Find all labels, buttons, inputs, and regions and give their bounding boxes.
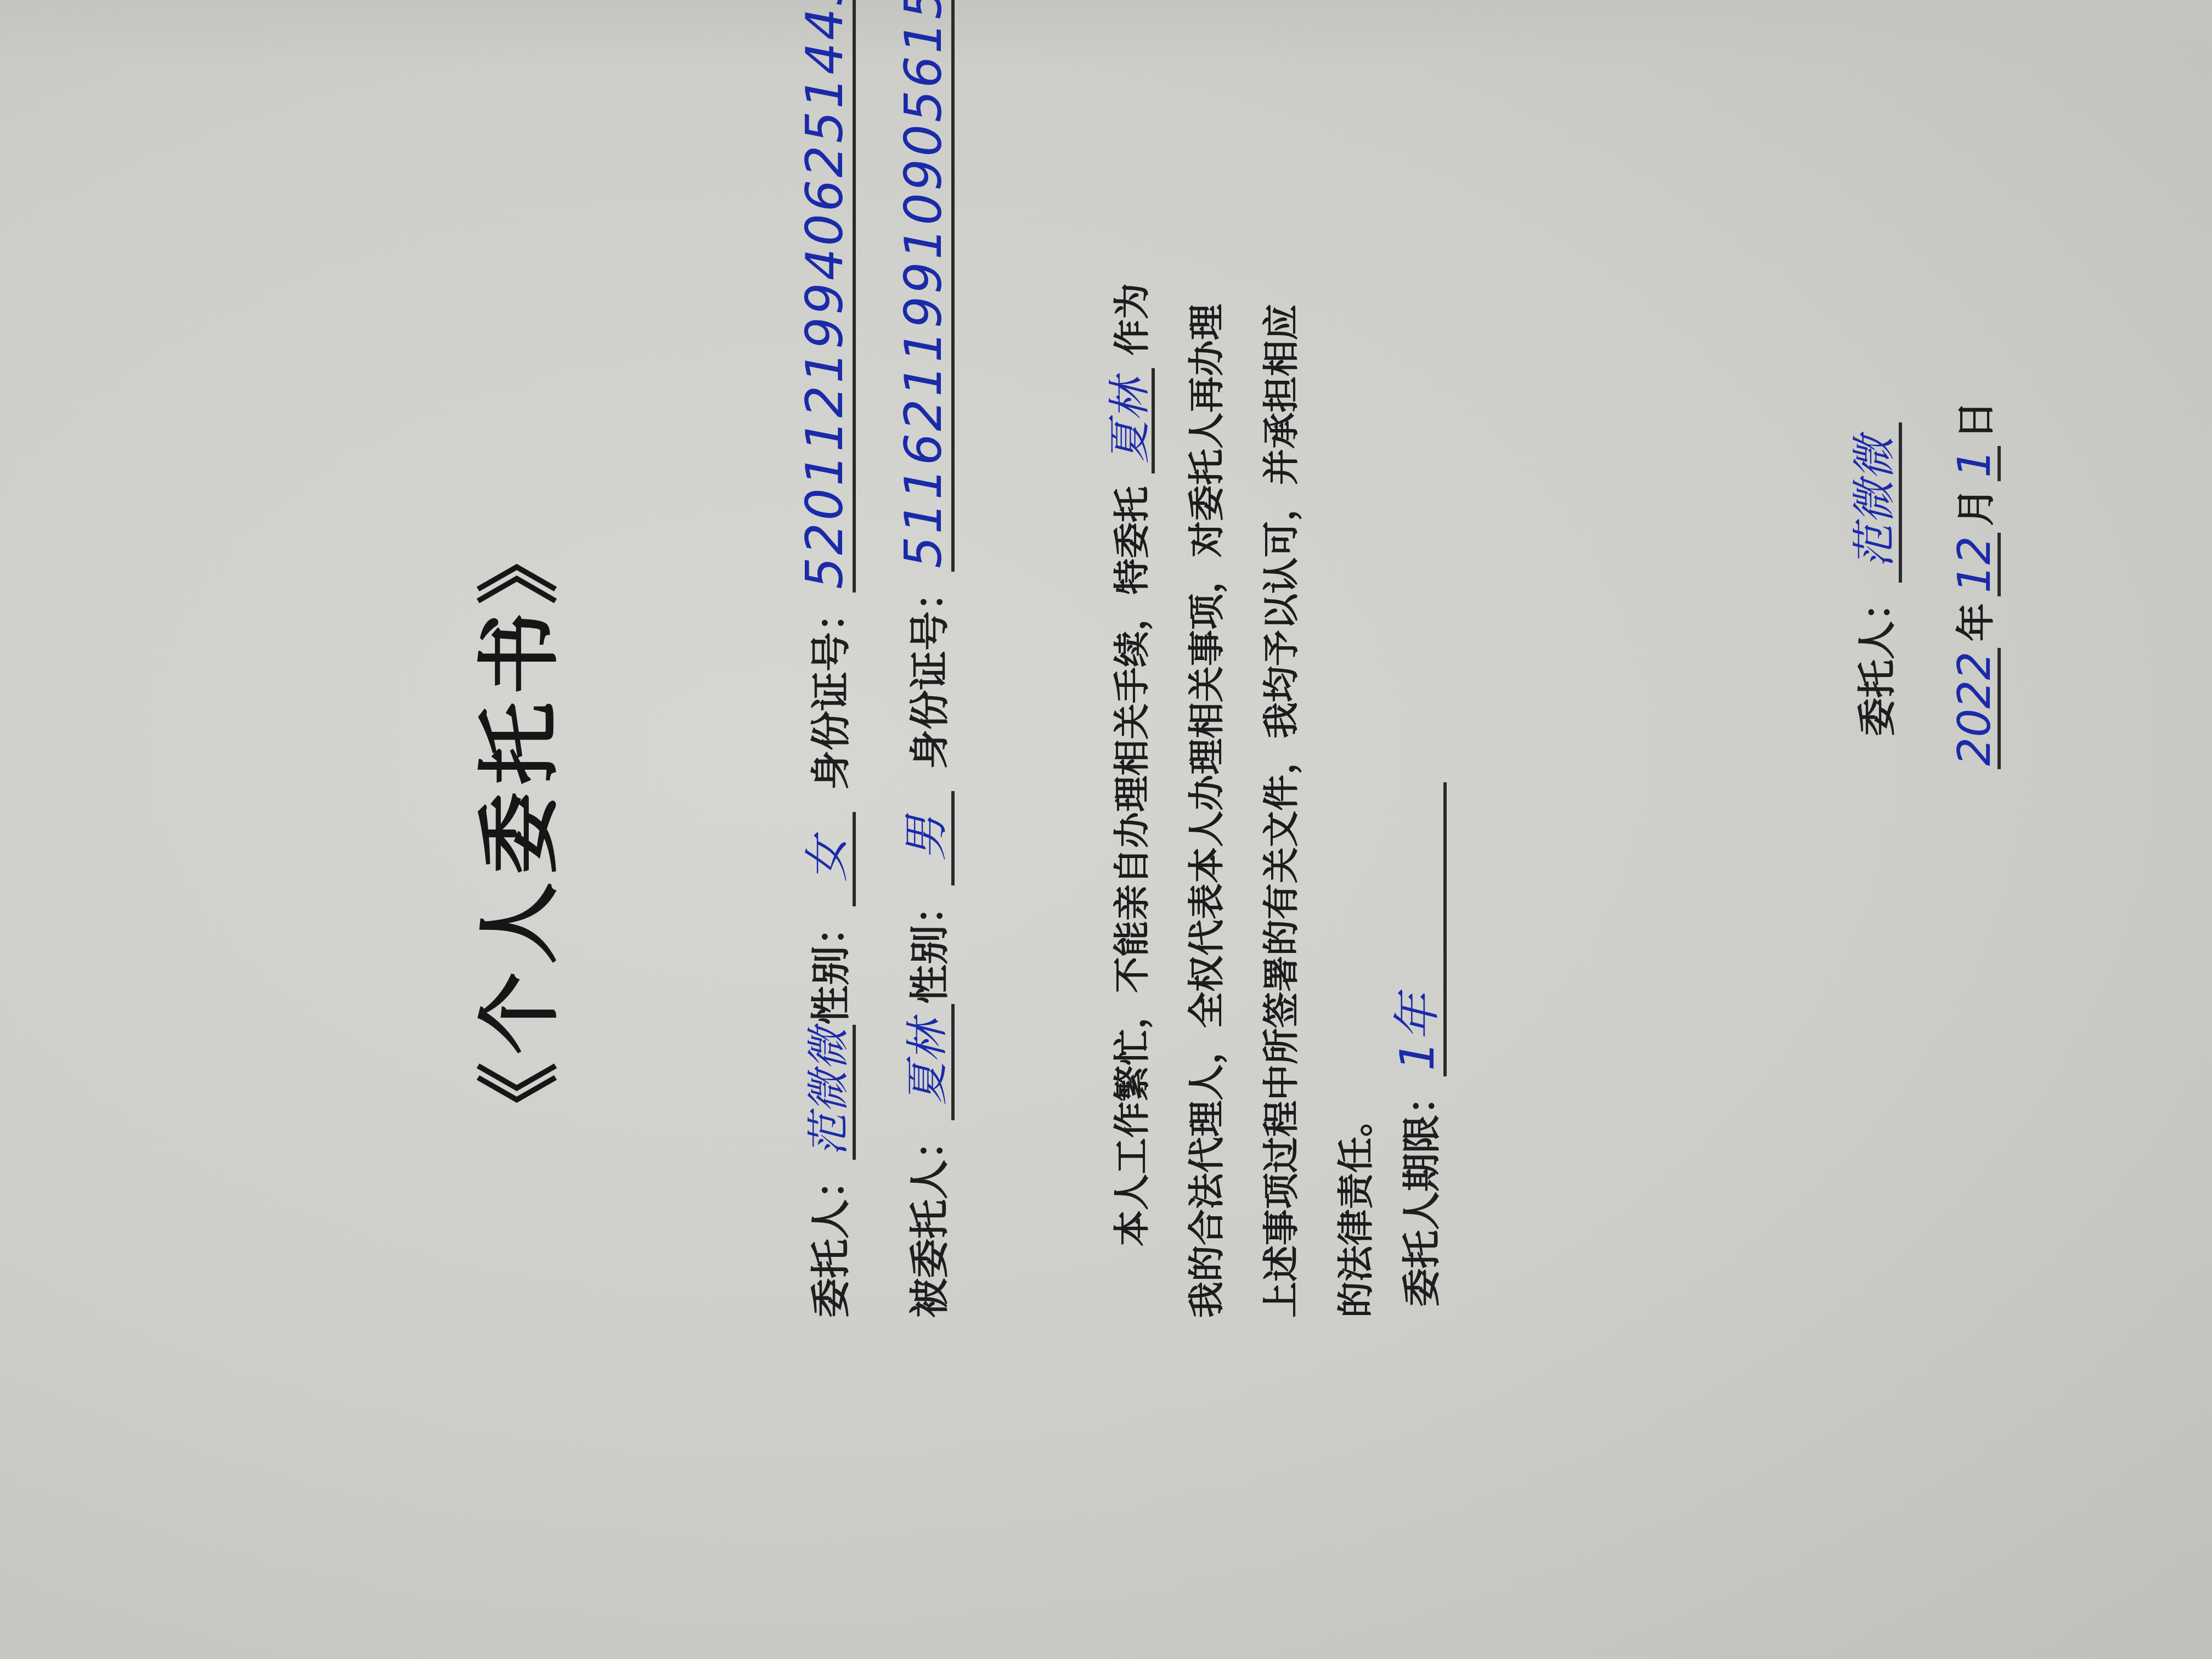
term-row: 委托人期限： 1年: [1391, 782, 1447, 1307]
date-month-field[interactable]: 12: [1953, 533, 2001, 596]
signature-row: 委托人： 范微微: [1847, 422, 1902, 736]
agent-gender-label: 性别：: [898, 885, 955, 1004]
statement-line-2: 我的合法代理人，全权代表本人办理相关事项，对委托人再办理: [1170, 210, 1244, 1318]
date-year-field[interactable]: 2022: [1953, 648, 2001, 769]
statement-text: 作为: [1111, 283, 1153, 356]
principal-name-field[interactable]: 范微微: [808, 1025, 856, 1160]
authorization-letter-page: 《个人委托书》 委托人： 范微微 性别： 女 身份证号： 52011219940…: [91, 34, 2121, 1625]
date-month-unit: 月: [1945, 488, 2001, 526]
agent-name-field[interactable]: 夏林: [906, 1004, 955, 1120]
document-title: 《个人委托书》: [453, 34, 572, 1625]
agent-row: 被委托人： 夏林 性别： 男 身份证号： 511621199109056152: [898, 0, 955, 1318]
principal-gender-field[interactable]: 女: [805, 812, 856, 906]
statement-line-1: 本人工作繁忙，不能亲自办理相关手续，特委托 夏林 作为: [1095, 210, 1170, 1318]
statement-line-4: 的法律责任。: [1319, 210, 1393, 1318]
term-label: 委托人期限：: [1391, 1076, 1447, 1307]
agent-id-field[interactable]: 511621199109056152: [899, 0, 955, 572]
principal-row: 委托人： 范微微 性别： 女 身份证号： 520112199406251445: [799, 0, 856, 1318]
date-row: 2022 年 12 月 1 日: [1945, 401, 2001, 769]
principal-name-label: 委托人：: [799, 1160, 856, 1318]
principal-gender-label: 性别：: [799, 906, 856, 1025]
date-year-unit: 年: [1945, 603, 2001, 641]
principal-id-field[interactable]: 520112199406251445: [800, 0, 856, 592]
statement-agent-field[interactable]: 夏林: [1109, 368, 1155, 473]
date-day-unit: 日: [1945, 401, 2001, 439]
agent-id-label: 身份证号：: [898, 572, 955, 769]
statement-text: 本人工作繁忙，不能亲自办理相关手续，特委托: [1111, 486, 1153, 1246]
agent-gender-field[interactable]: 男: [904, 791, 955, 885]
date-day-field[interactable]: 1: [1953, 446, 2001, 481]
term-field[interactable]: 1年: [1394, 782, 1447, 1076]
principal-id-label: 身份证号：: [799, 592, 856, 790]
signature-field[interactable]: 范微微: [1853, 422, 1902, 583]
agent-name-label: 被委托人：: [898, 1120, 955, 1318]
statement-line-3: 上述事项过程中所签署的有关文件，我均予以认可，并承担相应: [1244, 210, 1319, 1318]
authorization-statement: 本人工作繁忙，不能亲自办理相关手续，特委托 夏林 作为 我的合法代理人，全权代表…: [1095, 210, 1393, 1318]
signature-label: 委托人：: [1847, 583, 1902, 736]
